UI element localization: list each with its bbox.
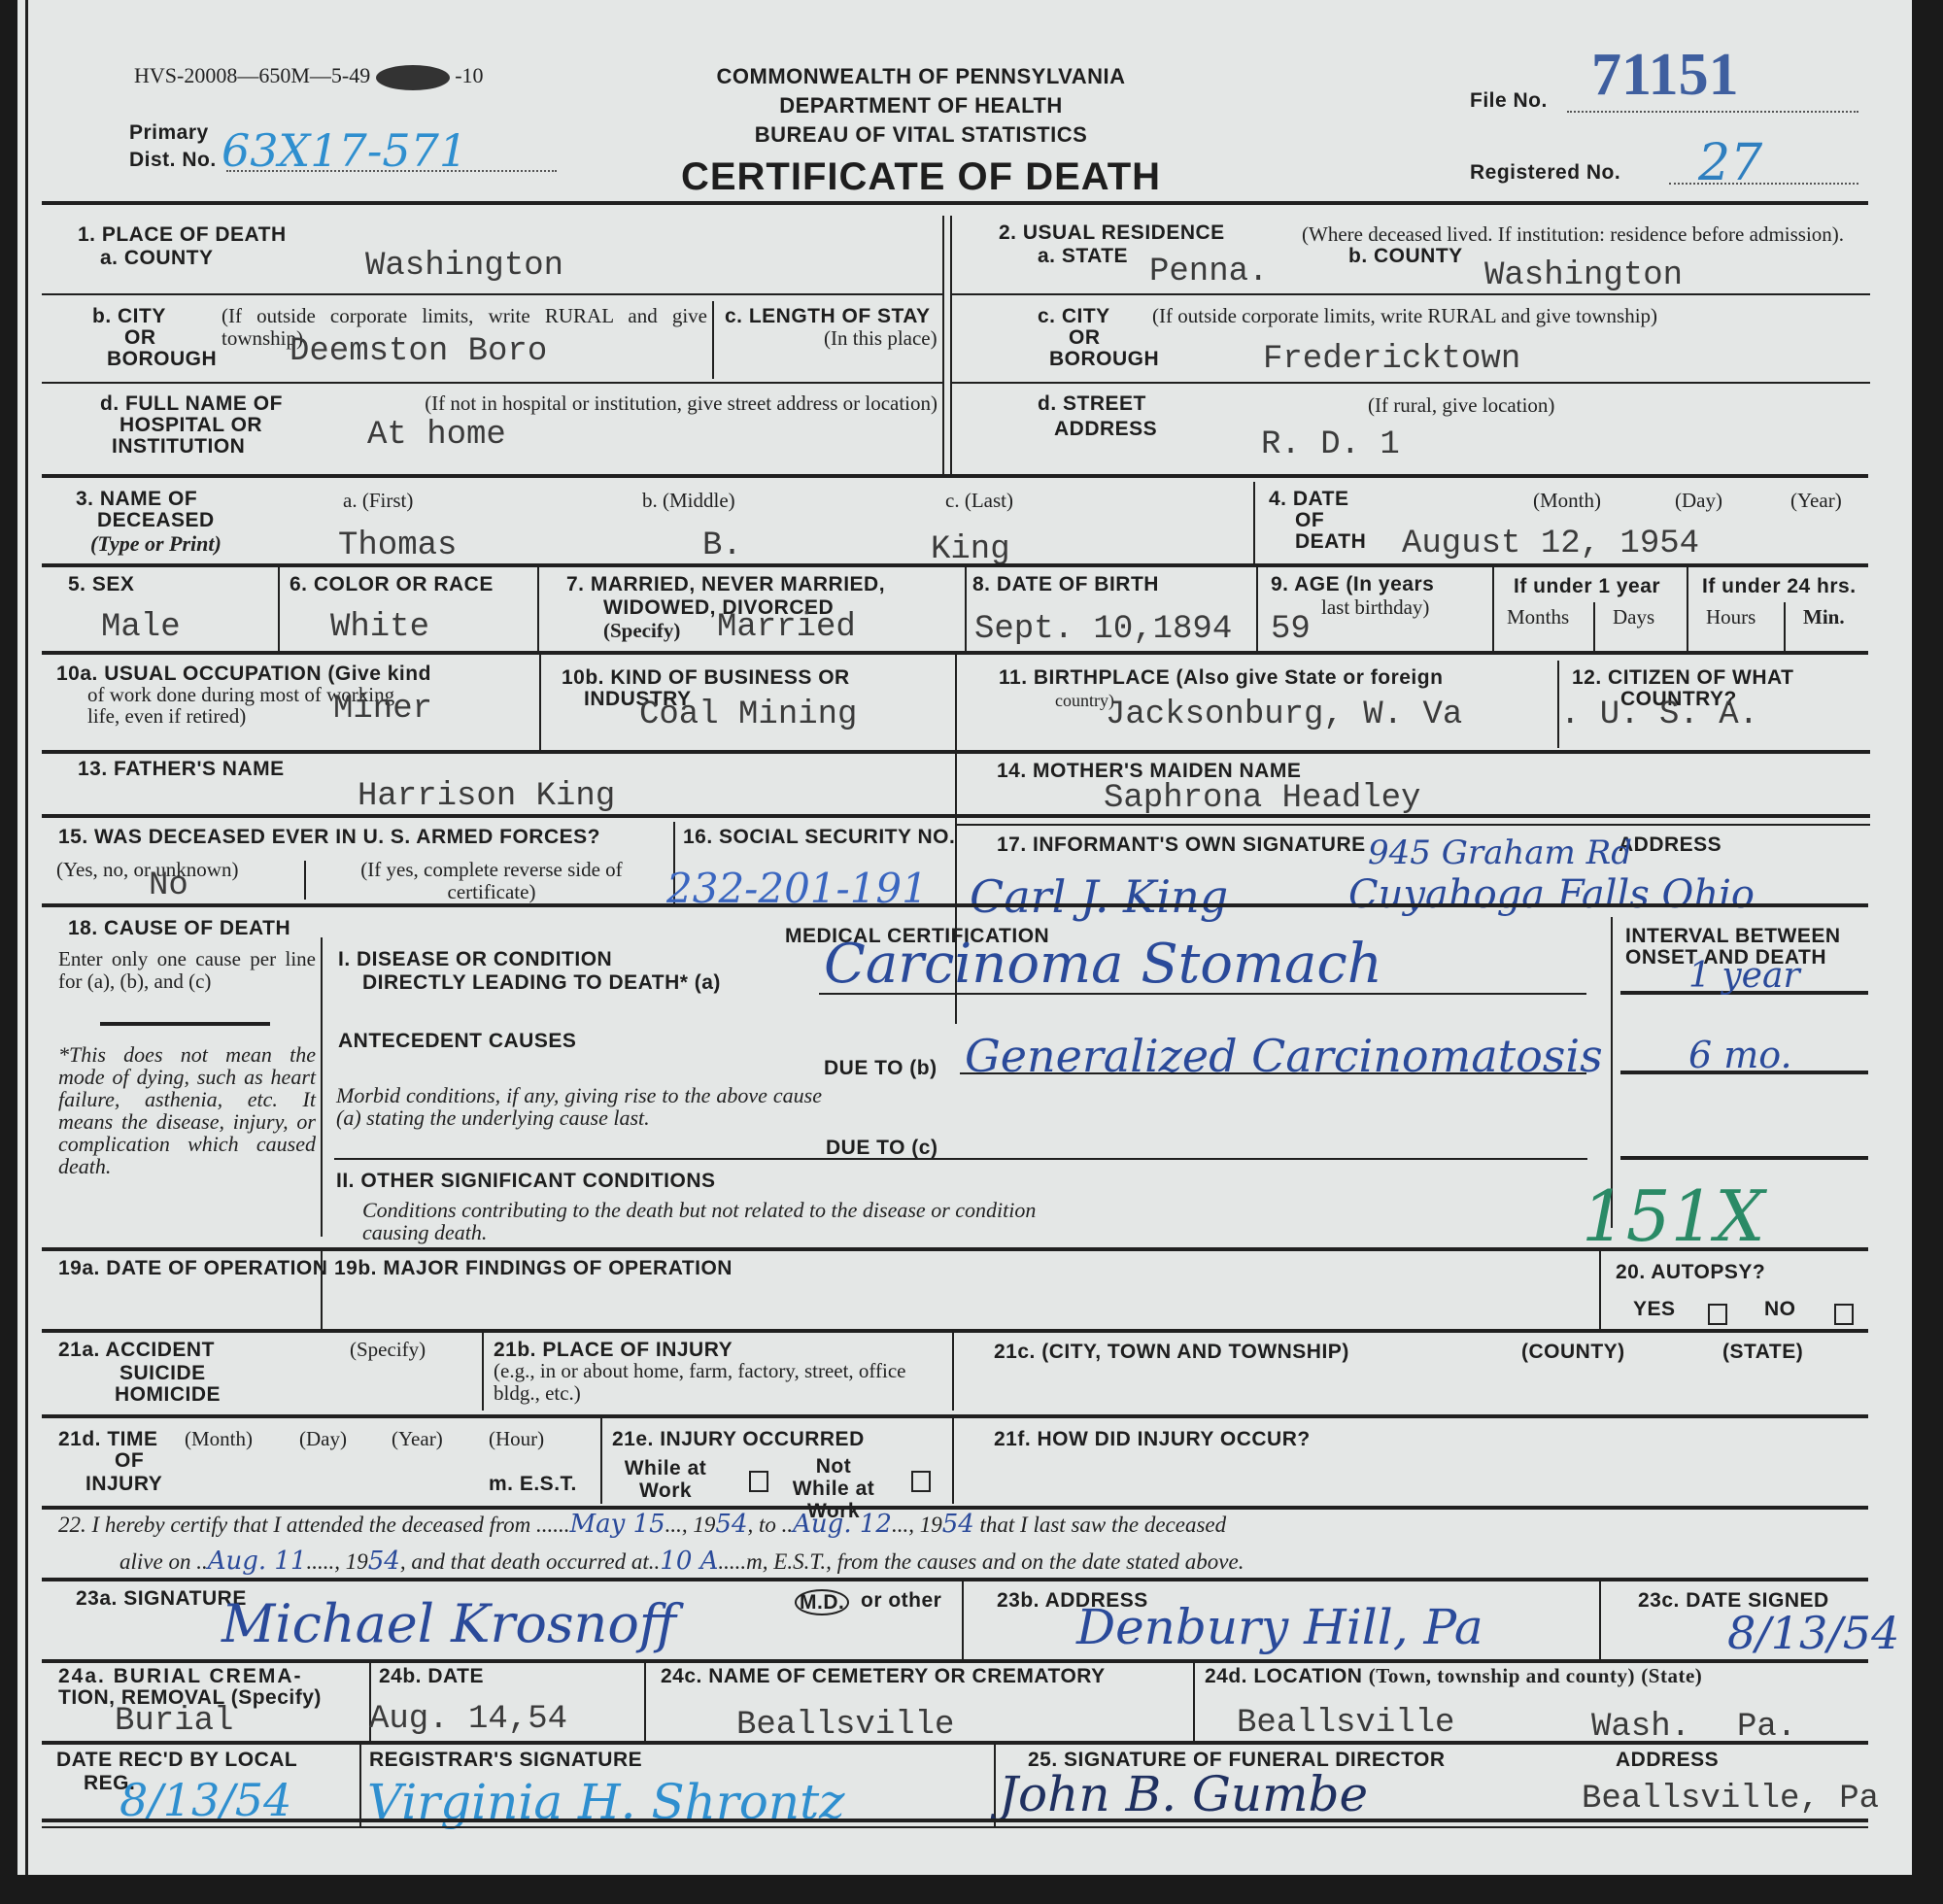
physician-address: Denbury Hill, Pa [1076,1599,1483,1655]
hospital-value: At home [367,418,506,453]
coding-mark: 151X [1582,1175,1765,1257]
form-code: HVS-20008—650M—5-49 -10 [134,64,484,90]
business-value: Coal Mining [639,697,857,732]
usual-residence-heading: 2. USUAL RESIDENCE [999,221,1225,244]
mother-name-value: Saphrona Headley [1104,781,1420,816]
department: DEPARTMENT OF HEALTH [668,91,1174,120]
not-while-at-work-checkbox[interactable] [911,1471,931,1492]
dist-number: 63X17-571 [222,124,467,177]
burial-county-value: Wash. [1591,1710,1690,1745]
disposition-value: Burial [115,1704,233,1739]
date-of-death-value: August 12, 1954 [1402,527,1699,561]
bureau: BUREAU OF VITAL STATISTICS [668,120,1174,150]
left-border [25,0,28,1875]
certification-line-1: 22. I hereby certify that I attended the… [58,1513,1226,1536]
registered-number: 27 [1698,134,1762,192]
file-no-label: File No. [1470,89,1548,112]
cause-of-death-heading: 18. CAUSE OF DEATH [68,917,290,939]
age-value: 59 [1271,612,1311,647]
residence-county-value: Washington [1484,258,1683,293]
burial-location-value: Beallsville [1237,1706,1454,1741]
autopsy-yes-checkbox[interactable] [1708,1304,1727,1325]
cause-a-value: Carcinoma Stomach [824,933,1382,996]
file-number: 71151 [1591,41,1739,110]
middle-name-value: B. [702,528,742,563]
registered-no-label: Registered No. [1470,161,1620,184]
citizenship-value: . U. S. A. [1560,697,1758,732]
burial-date-value: Aug. 14,54 [369,1702,567,1737]
certification-line-2: alive on ..Aug. 11....., 1954, and that … [119,1550,1244,1573]
sex-value: Male [101,610,181,645]
commonwealth: COMMONWEALTH OF PENNSYLVANIA [668,62,1174,91]
while-at-work-checkbox[interactable] [749,1471,768,1492]
informant-address-line2: Cuyahoga Falls Ohio [1348,872,1755,917]
dist-label: Dist. No. [129,149,217,171]
place-of-death-heading: 1. PLACE OF DEATH [78,223,287,246]
primary-label: Primary [129,121,209,144]
informant-signature: Carl J. King [970,870,1228,923]
funeral-director-signature: John B. Gumbe [999,1766,1368,1822]
residence-city-value: Fredericktown [1263,342,1520,377]
armed-forces-value: No [149,868,188,903]
residence-street-value: R. D. 1 [1261,427,1400,462]
burial-state-value: Pa. [1737,1710,1796,1745]
cause-b-value: Generalized Carcinomatosis [965,1030,1603,1082]
page-title: CERTIFICATE OF DEATH [639,155,1203,198]
union-label-stamp-icon [376,65,450,90]
date-of-birth-value: Sept. 10,1894 [974,612,1232,647]
location-label: 24d. LOCATION (Town, township and county… [1205,1665,1702,1687]
birthplace-value: Jacksonburg, W. Va [1106,697,1462,732]
death-certificate: HVS-20008—650M—5-49 -10 Primary Dist. No… [17,0,1912,1875]
agency-heading: COMMONWEALTH OF PENNSYLVANIA DEPARTMENT … [668,62,1174,150]
autopsy-no-checkbox[interactable] [1834,1304,1854,1325]
death-city-value: Deemston Boro [290,334,547,369]
interval-b-value: 6 mo. [1688,1034,1792,1076]
death-county-value: Washington [365,249,563,284]
first-name-value: Thomas [338,528,457,563]
md-circled: M.D. [795,1589,849,1615]
cemetery-value: Beallsville [736,1708,954,1743]
marital-status-value: Married [717,610,856,645]
physician-signature: Michael Krosnoff [222,1593,676,1654]
father-name-value: Harrison King [358,779,615,814]
residence-state-value: Penna. [1149,255,1268,289]
occupation-value: Miner [333,692,432,727]
funeral-director-address: Beallsville, Pa [1582,1782,1879,1817]
last-name-value: King [931,532,1010,567]
race-value: White [330,610,429,645]
interval-a-value: 1 year [1688,956,1800,996]
date-signed-value: 8/13/54 [1727,1607,1899,1659]
informant-address-line1: 945 Graham Rd [1368,833,1632,872]
